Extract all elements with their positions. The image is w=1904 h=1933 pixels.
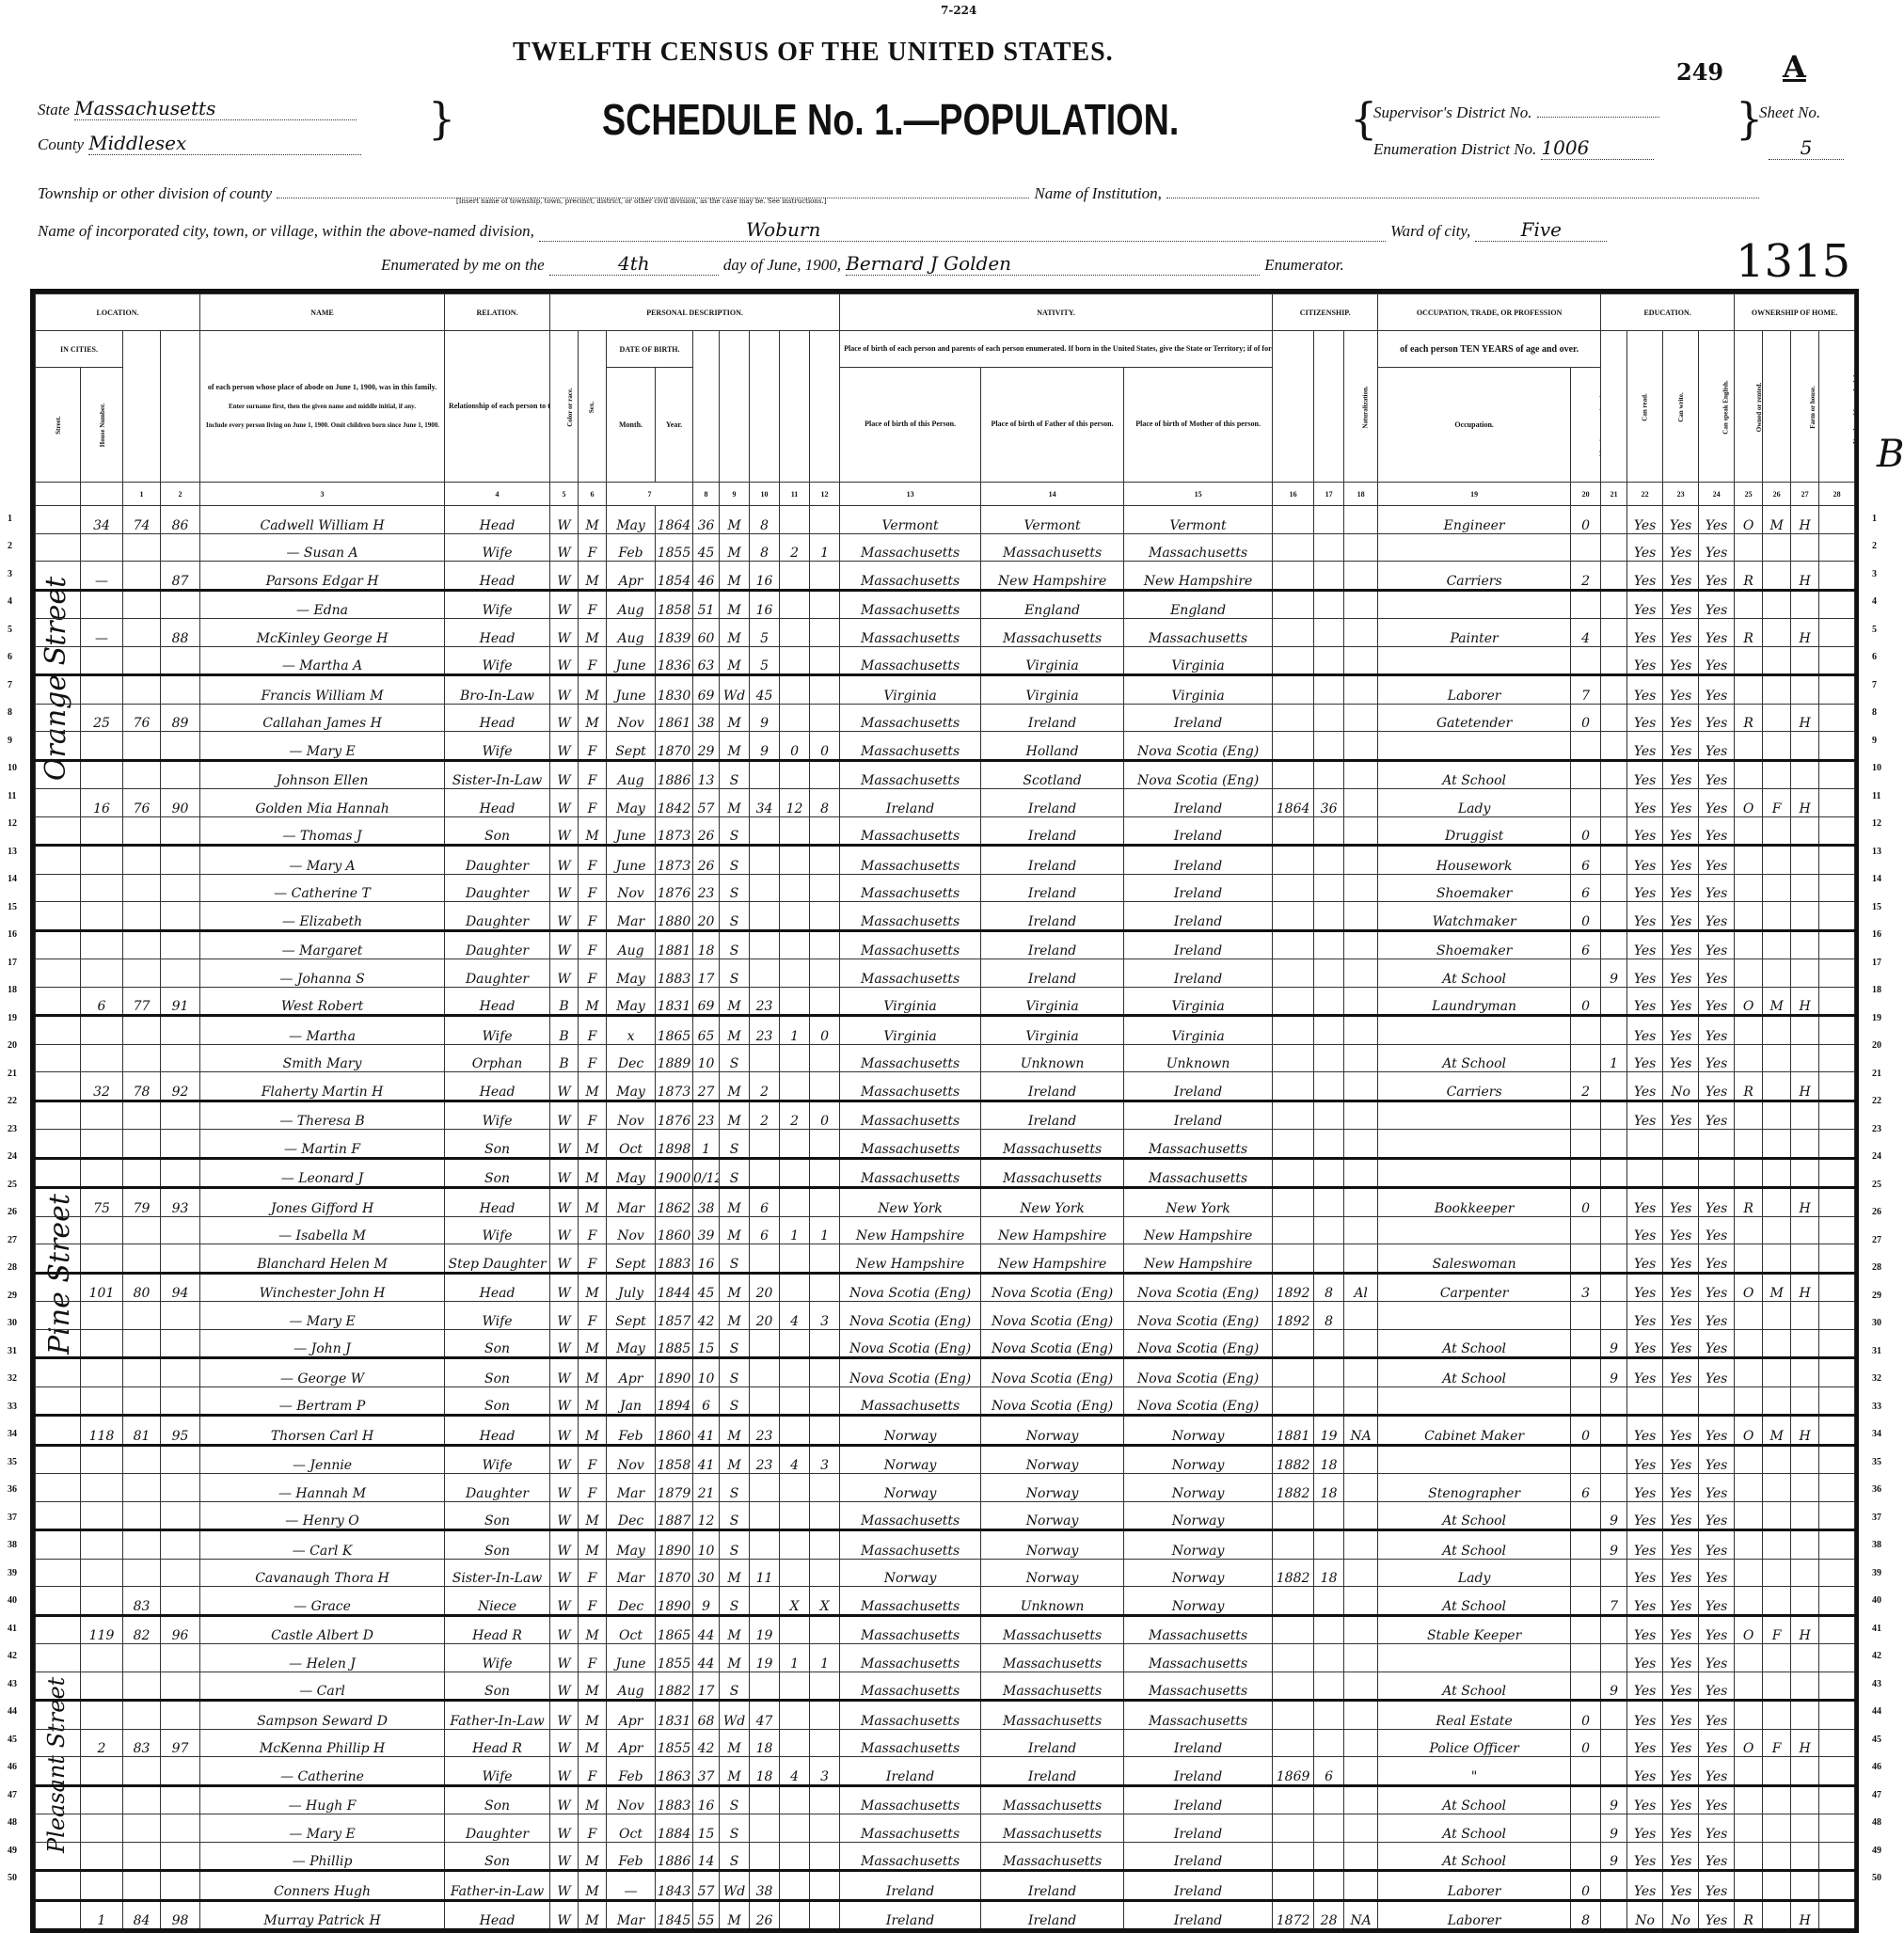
birthplace-person-cell: Nova Scotia (Eng): [840, 1302, 981, 1330]
can-write-cell: Yes: [1663, 874, 1699, 902]
farm-schedule-cell: [1819, 1386, 1855, 1416]
marital-cell: S: [720, 1386, 750, 1416]
birthplace-mother-cell: Norway: [1124, 1530, 1273, 1560]
birth-year-cell: 1864: [656, 506, 693, 534]
color-cell: W: [550, 1474, 579, 1502]
farm-house-cell: [1791, 533, 1819, 562]
naturalization-cell: [1344, 562, 1378, 591]
birth-year-cell: 1855: [656, 1729, 693, 1757]
can-write-cell: Yes: [1663, 1216, 1699, 1244]
immigration-cell: [1273, 1216, 1314, 1244]
naturalization-cell: [1344, 1530, 1378, 1560]
color-cell: W: [550, 1101, 579, 1130]
birthplace-mother-cell: Vermont: [1124, 506, 1273, 534]
sex-cell: M: [579, 1329, 607, 1358]
birthplace-person-cell: Massachusetts: [840, 760, 981, 789]
house-number-cell: [81, 1386, 123, 1416]
can-speak-english-cell: Yes: [1699, 930, 1735, 959]
birth-month-cell: Jan: [607, 1386, 656, 1416]
school-cell: [1601, 533, 1627, 562]
can-write-cell: Yes: [1663, 1587, 1699, 1616]
free-mortgaged-cell: [1763, 1672, 1791, 1701]
line-number: 32: [1872, 1373, 1881, 1384]
relation-cell: Wife: [445, 646, 550, 675]
farm-house-cell: [1791, 1587, 1819, 1616]
school-cell: [1601, 1445, 1627, 1474]
children-living-cell: [810, 1044, 840, 1072]
farm-house-cell: [1791, 1474, 1819, 1502]
marital-cell: M: [720, 1729, 750, 1757]
col-birth-father: Place of birth of Father of this person.: [981, 368, 1124, 483]
farm-house-cell: [1791, 1216, 1819, 1244]
immigration-cell: [1273, 1130, 1314, 1159]
dwelling-cell: [123, 533, 161, 562]
family-cell: 94: [161, 1273, 200, 1302]
line-number: 36: [8, 1484, 17, 1495]
naturalization-cell: [1344, 619, 1378, 647]
birth-month-cell: May: [607, 1158, 656, 1188]
birth-month-cell: Nov: [607, 704, 656, 732]
line-number: 13: [8, 847, 17, 857]
free-mortgaged-cell: [1763, 1044, 1791, 1072]
years-us-cell: 28: [1314, 1900, 1344, 1930]
color-cell: W: [550, 732, 579, 761]
farm-schedule-cell: [1819, 1044, 1855, 1072]
owned-rented-cell: [1735, 760, 1763, 789]
owned-rented-cell: O: [1735, 506, 1763, 534]
birth-month-cell: Mar: [607, 1900, 656, 1930]
birth-month-cell: Sept: [607, 732, 656, 761]
dwelling-cell: [123, 1302, 161, 1330]
family-cell: [161, 959, 200, 988]
street-cell: [36, 1244, 81, 1274]
can-speak-english-cell: Yes: [1699, 704, 1735, 732]
immigration-cell: 1882: [1273, 1559, 1314, 1587]
children-living-cell: 1: [810, 1216, 840, 1244]
name-cell: — Catherine: [200, 1757, 445, 1786]
line-number: 45: [1872, 1735, 1881, 1745]
immigration-cell: [1273, 1329, 1314, 1358]
school-cell: [1601, 930, 1627, 959]
house-number-cell: [81, 959, 123, 988]
age-cell: 45: [693, 1273, 720, 1302]
immigration-cell: 1882: [1273, 1445, 1314, 1474]
school-cell: 7: [1601, 1587, 1627, 1616]
birth-year-cell: 1839: [656, 619, 693, 647]
children-living-cell: [810, 1188, 840, 1217]
color-cell: W: [550, 1757, 579, 1786]
years-married-cell: [750, 1587, 780, 1616]
months-unemployed-cell: [1571, 1615, 1601, 1644]
owned-rented-cell: [1735, 1358, 1763, 1387]
birth-month-cell: Dec: [607, 1501, 656, 1530]
children-living-cell: [810, 1358, 840, 1387]
farm-schedule-cell: [1819, 646, 1855, 675]
years-us-cell: [1314, 1871, 1344, 1901]
farm-schedule-cell: [1819, 1072, 1855, 1101]
relation-cell: Son: [445, 1530, 550, 1560]
age-cell: 15: [693, 1329, 720, 1358]
farm-schedule-cell: [1819, 590, 1855, 619]
years-us-cell: [1314, 1130, 1344, 1159]
years-married-cell: 23: [750, 1016, 780, 1045]
house-number-cell: [81, 1587, 123, 1616]
col-num: 4: [445, 483, 550, 506]
years-us-cell: [1314, 1701, 1344, 1730]
children-living-cell: [810, 1842, 840, 1871]
stamp-number: 1315: [1736, 235, 1850, 288]
house-number-cell: 25: [81, 704, 123, 732]
can-speak-english-cell: Yes: [1699, 1729, 1735, 1757]
naturalization-cell: [1344, 506, 1378, 534]
can-speak-english-cell: Yes: [1699, 1615, 1735, 1644]
birthplace-father-cell: Ireland: [981, 959, 1124, 988]
naturalization-cell: [1344, 1501, 1378, 1530]
street-cell: [36, 562, 81, 591]
months-unemployed-cell: [1571, 1842, 1601, 1871]
line-number: 43: [8, 1679, 17, 1689]
can-write-cell: Yes: [1663, 1501, 1699, 1530]
farm-house-cell: H: [1791, 562, 1819, 591]
marital-cell: S: [720, 874, 750, 902]
free-mortgaged-cell: [1763, 930, 1791, 959]
family-cell: 88: [161, 619, 200, 647]
mother-of-cell: 12: [780, 789, 810, 817]
street-cell: [36, 732, 81, 761]
name-cell: — John J: [200, 1329, 445, 1358]
immigration-cell: [1273, 1158, 1314, 1188]
sex-cell: M: [579, 1416, 607, 1446]
mother-of-cell: [780, 704, 810, 732]
can-speak-english-cell: Yes: [1699, 1842, 1735, 1871]
age-cell: 1: [693, 1130, 720, 1159]
table-row: Blanchard Helen MStep DaughterWFSept1883…: [36, 1244, 1855, 1274]
owned-rented-cell: O: [1735, 1416, 1763, 1446]
free-mortgaged-cell: F: [1763, 1615, 1791, 1644]
months-unemployed-cell: 0: [1571, 1871, 1601, 1901]
street-cell: [36, 590, 81, 619]
immigration-cell: [1273, 1044, 1314, 1072]
sex-cell: M: [579, 987, 607, 1016]
occupation-cell: Carpenter: [1378, 1273, 1571, 1302]
can-speak-english-cell: Yes: [1699, 506, 1735, 534]
occupation-cell: [1378, 646, 1571, 675]
name-cell: — Grace: [200, 1587, 445, 1616]
line-number: 3: [1872, 569, 1877, 579]
immigration-cell: 1869: [1273, 1757, 1314, 1786]
children-living-cell: 0: [810, 732, 840, 761]
can-read-cell: Yes: [1627, 1302, 1663, 1330]
age-cell: 30: [693, 1559, 720, 1587]
months-unemployed-cell: 0: [1571, 902, 1601, 931]
owned-rented-cell: [1735, 1530, 1763, 1560]
street-cell: [36, 1615, 81, 1644]
farm-house-cell: [1791, 732, 1819, 761]
name-cell: — Mary E: [200, 1302, 445, 1330]
months-unemployed-cell: [1571, 1329, 1601, 1358]
birth-month-cell: Mar: [607, 1474, 656, 1502]
months-unemployed-cell: [1571, 760, 1601, 789]
birth-year-cell: 1863: [656, 1757, 693, 1786]
school-cell: [1601, 1273, 1627, 1302]
street-cell: [36, 874, 81, 902]
immigration-cell: [1273, 874, 1314, 902]
children-living-cell: [810, 1814, 840, 1843]
birthplace-mother-cell: Ireland: [1124, 704, 1273, 732]
mother-of-cell: [780, 619, 810, 647]
dwelling-cell: [123, 1701, 161, 1730]
col-num: 9: [720, 483, 750, 506]
table-row: — Henry OSonWMDec188712SMassachusettsNor…: [36, 1501, 1855, 1530]
birth-year-cell: 1876: [656, 1101, 693, 1130]
birth-month-cell: Mar: [607, 1188, 656, 1217]
birthplace-person-cell: Massachusetts: [840, 1044, 981, 1072]
sex-cell: M: [579, 562, 607, 591]
can-write-cell: Yes: [1663, 1302, 1699, 1330]
name-cell: — Carl K: [200, 1530, 445, 1560]
years-us-cell: [1314, 959, 1344, 988]
col-read: Can read.: [1627, 331, 1663, 483]
group-personal: PERSONAL DESCRIPTION.: [550, 294, 840, 331]
occupation-cell: Saleswoman: [1378, 1244, 1571, 1274]
children-living-cell: 1: [810, 1644, 840, 1672]
col-num: 5: [550, 483, 579, 506]
children-living-cell: [810, 646, 840, 675]
group-in-cities: IN CITIES.: [36, 331, 123, 368]
occupation-cell: At School: [1378, 760, 1571, 789]
col-birth-mother: Place of birth of Mother of this person.: [1124, 368, 1273, 483]
years-married-cell: 34: [750, 789, 780, 817]
table-row: Conners HughFather-in-LawWM—184357Wd38Ir…: [36, 1871, 1855, 1901]
occupation-cell: At School: [1378, 1358, 1571, 1387]
months-unemployed-cell: [1571, 1501, 1601, 1530]
table-row: Smith MaryOrphanBFDec188910SMassachusett…: [36, 1044, 1855, 1072]
name-cell: — Martha: [200, 1016, 445, 1045]
years-us-cell: [1314, 732, 1344, 761]
line-number: 30: [8, 1318, 17, 1328]
months-unemployed-cell: 6: [1571, 846, 1601, 875]
col-num: 6: [579, 483, 607, 506]
years-married-cell: 5: [750, 619, 780, 647]
name-cell: Parsons Edgar H: [200, 562, 445, 591]
house-number-cell: [81, 846, 123, 875]
occupation-cell: [1378, 1386, 1571, 1416]
years-married-cell: [750, 902, 780, 931]
birthplace-mother-cell: Nova Scotia (Eng): [1124, 1273, 1273, 1302]
owned-rented-cell: [1735, 1329, 1763, 1358]
color-cell: W: [550, 902, 579, 931]
age-cell: 41: [693, 1416, 720, 1446]
line-number: 29: [1872, 1291, 1881, 1301]
birth-year-cell: 1858: [656, 1445, 693, 1474]
line-number: 7: [8, 680, 12, 690]
dwelling-cell: 83: [123, 1587, 161, 1616]
family-cell: 97: [161, 1729, 200, 1757]
farm-house-cell: H: [1791, 1273, 1819, 1302]
can-read-cell: Yes: [1627, 1501, 1663, 1530]
dwelling-cell: [123, 930, 161, 959]
can-read-cell: Yes: [1627, 646, 1663, 675]
years-us-cell: [1314, 646, 1344, 675]
birthplace-father-cell: Nova Scotia (Eng): [981, 1358, 1124, 1387]
occupation-cell: Painter: [1378, 619, 1571, 647]
name-cell: — Bertram P: [200, 1386, 445, 1416]
birthplace-person-cell: Massachusetts: [840, 1729, 981, 1757]
birthplace-father-cell: Unknown: [981, 1587, 1124, 1616]
enumeration-district-label: Enumeration District No.: [1373, 140, 1536, 158]
house-number-cell: [81, 1244, 123, 1274]
birthplace-person-cell: New York: [840, 1188, 981, 1217]
children-living-cell: [810, 1871, 840, 1901]
color-cell: W: [550, 590, 579, 619]
owned-rented-cell: [1735, 1587, 1763, 1616]
children-living-cell: 8: [810, 789, 840, 817]
farm-house-cell: H: [1791, 704, 1819, 732]
sex-cell: M: [579, 816, 607, 846]
relation-cell: Daughter: [445, 902, 550, 931]
naturalization-cell: [1344, 1445, 1378, 1474]
naturalization-cell: [1344, 1216, 1378, 1244]
occupation-cell: At School: [1378, 1785, 1571, 1814]
street-cell: [36, 1188, 81, 1217]
dwelling-cell: 76: [123, 789, 161, 817]
owned-rented-cell: [1735, 1559, 1763, 1587]
can-write-cell: Yes: [1663, 1101, 1699, 1130]
col-num: 11: [780, 483, 810, 506]
years-us-cell: 18: [1314, 1559, 1344, 1587]
birthplace-mother-cell: England: [1124, 590, 1273, 619]
line-number: 5: [1872, 625, 1877, 635]
birthplace-person-cell: Ireland: [840, 1900, 981, 1930]
table-row: Cavanaugh Thora HSister-In-LawWFMar18703…: [36, 1559, 1855, 1587]
family-cell: [161, 1445, 200, 1474]
color-cell: W: [550, 1871, 579, 1901]
birthplace-person-cell: Nova Scotia (Eng): [840, 1273, 981, 1302]
immigration-cell: [1273, 1530, 1314, 1560]
can-speak-english-cell: Yes: [1699, 1072, 1735, 1101]
family-cell: 90: [161, 789, 200, 817]
farm-house-cell: H: [1791, 1615, 1819, 1644]
color-cell: W: [550, 1244, 579, 1274]
birthplace-father-cell: Ireland: [981, 789, 1124, 817]
birthplace-father-cell: Ireland: [981, 902, 1124, 931]
relation-cell: Wife: [445, 1445, 550, 1474]
farm-schedule-cell: [1819, 1188, 1855, 1217]
house-number-cell: [81, 732, 123, 761]
relation-cell: Sister-In-Law: [445, 760, 550, 789]
years-us-cell: [1314, 1216, 1344, 1244]
name-cell: Jones Gifford H: [200, 1188, 445, 1217]
birth-year-cell: 1845: [656, 1900, 693, 1930]
can-read-cell: Yes: [1627, 732, 1663, 761]
immigration-cell: [1273, 1587, 1314, 1616]
street-cell: [36, 1101, 81, 1130]
can-speak-english-cell: Yes: [1699, 1273, 1735, 1302]
can-write-cell: Yes: [1663, 1757, 1699, 1786]
years-married-cell: 11: [750, 1559, 780, 1587]
group-location: LOCATION.: [36, 294, 200, 331]
school-cell: [1601, 1701, 1627, 1730]
name-cell: — Leonard J: [200, 1158, 445, 1188]
age-cell: 6: [693, 1386, 720, 1416]
sheet-field: Sheet No.: [1759, 103, 1820, 122]
birthplace-mother-cell: Virginia: [1124, 987, 1273, 1016]
family-cell: [161, 590, 200, 619]
farm-house-cell: [1791, 1016, 1819, 1045]
birth-month-cell: Apr: [607, 1729, 656, 1757]
street-cell: [36, 987, 81, 1016]
table-row: — Isabella MWifeWFNov186039M611New Hamps…: [36, 1216, 1855, 1244]
birthplace-person-cell: Massachusetts: [840, 1530, 981, 1560]
school-cell: [1601, 506, 1627, 534]
name-cell: Cadwell William H: [200, 506, 445, 534]
line-number: 21: [1872, 1069, 1881, 1079]
can-read-cell: Yes: [1627, 902, 1663, 931]
can-speak-english-cell: Yes: [1699, 1701, 1735, 1730]
dwelling-cell: [123, 1358, 161, 1387]
ward-label: Ward of city,: [1390, 222, 1470, 240]
birth-month-cell: May: [607, 959, 656, 988]
birthplace-father-cell: Ireland: [981, 846, 1124, 875]
years-married-cell: [750, 760, 780, 789]
line-number: 21: [8, 1069, 17, 1079]
line-number: 37: [8, 1513, 17, 1523]
occupation-cell: At School: [1378, 1530, 1571, 1560]
col-num: 21: [1601, 483, 1627, 506]
children-living-cell: [810, 704, 840, 732]
name-cell: — Martha A: [200, 646, 445, 675]
owned-rented-cell: [1735, 1871, 1763, 1901]
birthplace-father-cell: Ireland: [981, 1757, 1124, 1786]
immigration-cell: [1273, 846, 1314, 875]
dwelling-cell: [123, 959, 161, 988]
name-cell: — Edna: [200, 590, 445, 619]
school-cell: 9: [1601, 1358, 1627, 1387]
birthplace-father-cell: Ireland: [981, 816, 1124, 846]
years-married-cell: 23: [750, 987, 780, 1016]
marital-cell: M: [720, 704, 750, 732]
col-num: 25: [1735, 483, 1763, 506]
can-write-cell: Yes: [1663, 1445, 1699, 1474]
table-row: — Bertram PSonWMJan18946SMassachusettsNo…: [36, 1386, 1855, 1416]
birthplace-mother-cell: New Hampshire: [1124, 562, 1273, 591]
can-write-cell: Yes: [1663, 1416, 1699, 1446]
sheet-value-wrap: 5: [1769, 136, 1844, 160]
house-number-cell: [81, 1644, 123, 1672]
sex-cell: F: [579, 1216, 607, 1244]
can-speak-english-cell: Yes: [1699, 1358, 1735, 1387]
birthplace-mother-cell: Unknown: [1124, 1044, 1273, 1072]
can-write-cell: Yes: [1663, 1244, 1699, 1274]
relation-cell: Sister-In-Law: [445, 1559, 550, 1587]
birthplace-father-cell: Virginia: [981, 646, 1124, 675]
mother-of-cell: 1: [780, 1216, 810, 1244]
house-number-cell: [81, 1044, 123, 1072]
street-cell: [36, 1842, 81, 1871]
sex-cell: F: [579, 789, 607, 817]
birthplace-father-cell: Scotland: [981, 760, 1124, 789]
birth-year-cell: 1855: [656, 1644, 693, 1672]
color-cell: W: [550, 1814, 579, 1843]
naturalization-cell: Al: [1344, 1273, 1378, 1302]
farm-house-cell: [1791, 1871, 1819, 1901]
col-occupation: Occupation.: [1378, 368, 1571, 483]
free-mortgaged-cell: [1763, 1216, 1791, 1244]
birthplace-person-cell: Virginia: [840, 1016, 981, 1045]
enumerator-label: Enumerator.: [1264, 256, 1344, 274]
can-write-cell: Yes: [1663, 1672, 1699, 1701]
school-cell: [1601, 816, 1627, 846]
